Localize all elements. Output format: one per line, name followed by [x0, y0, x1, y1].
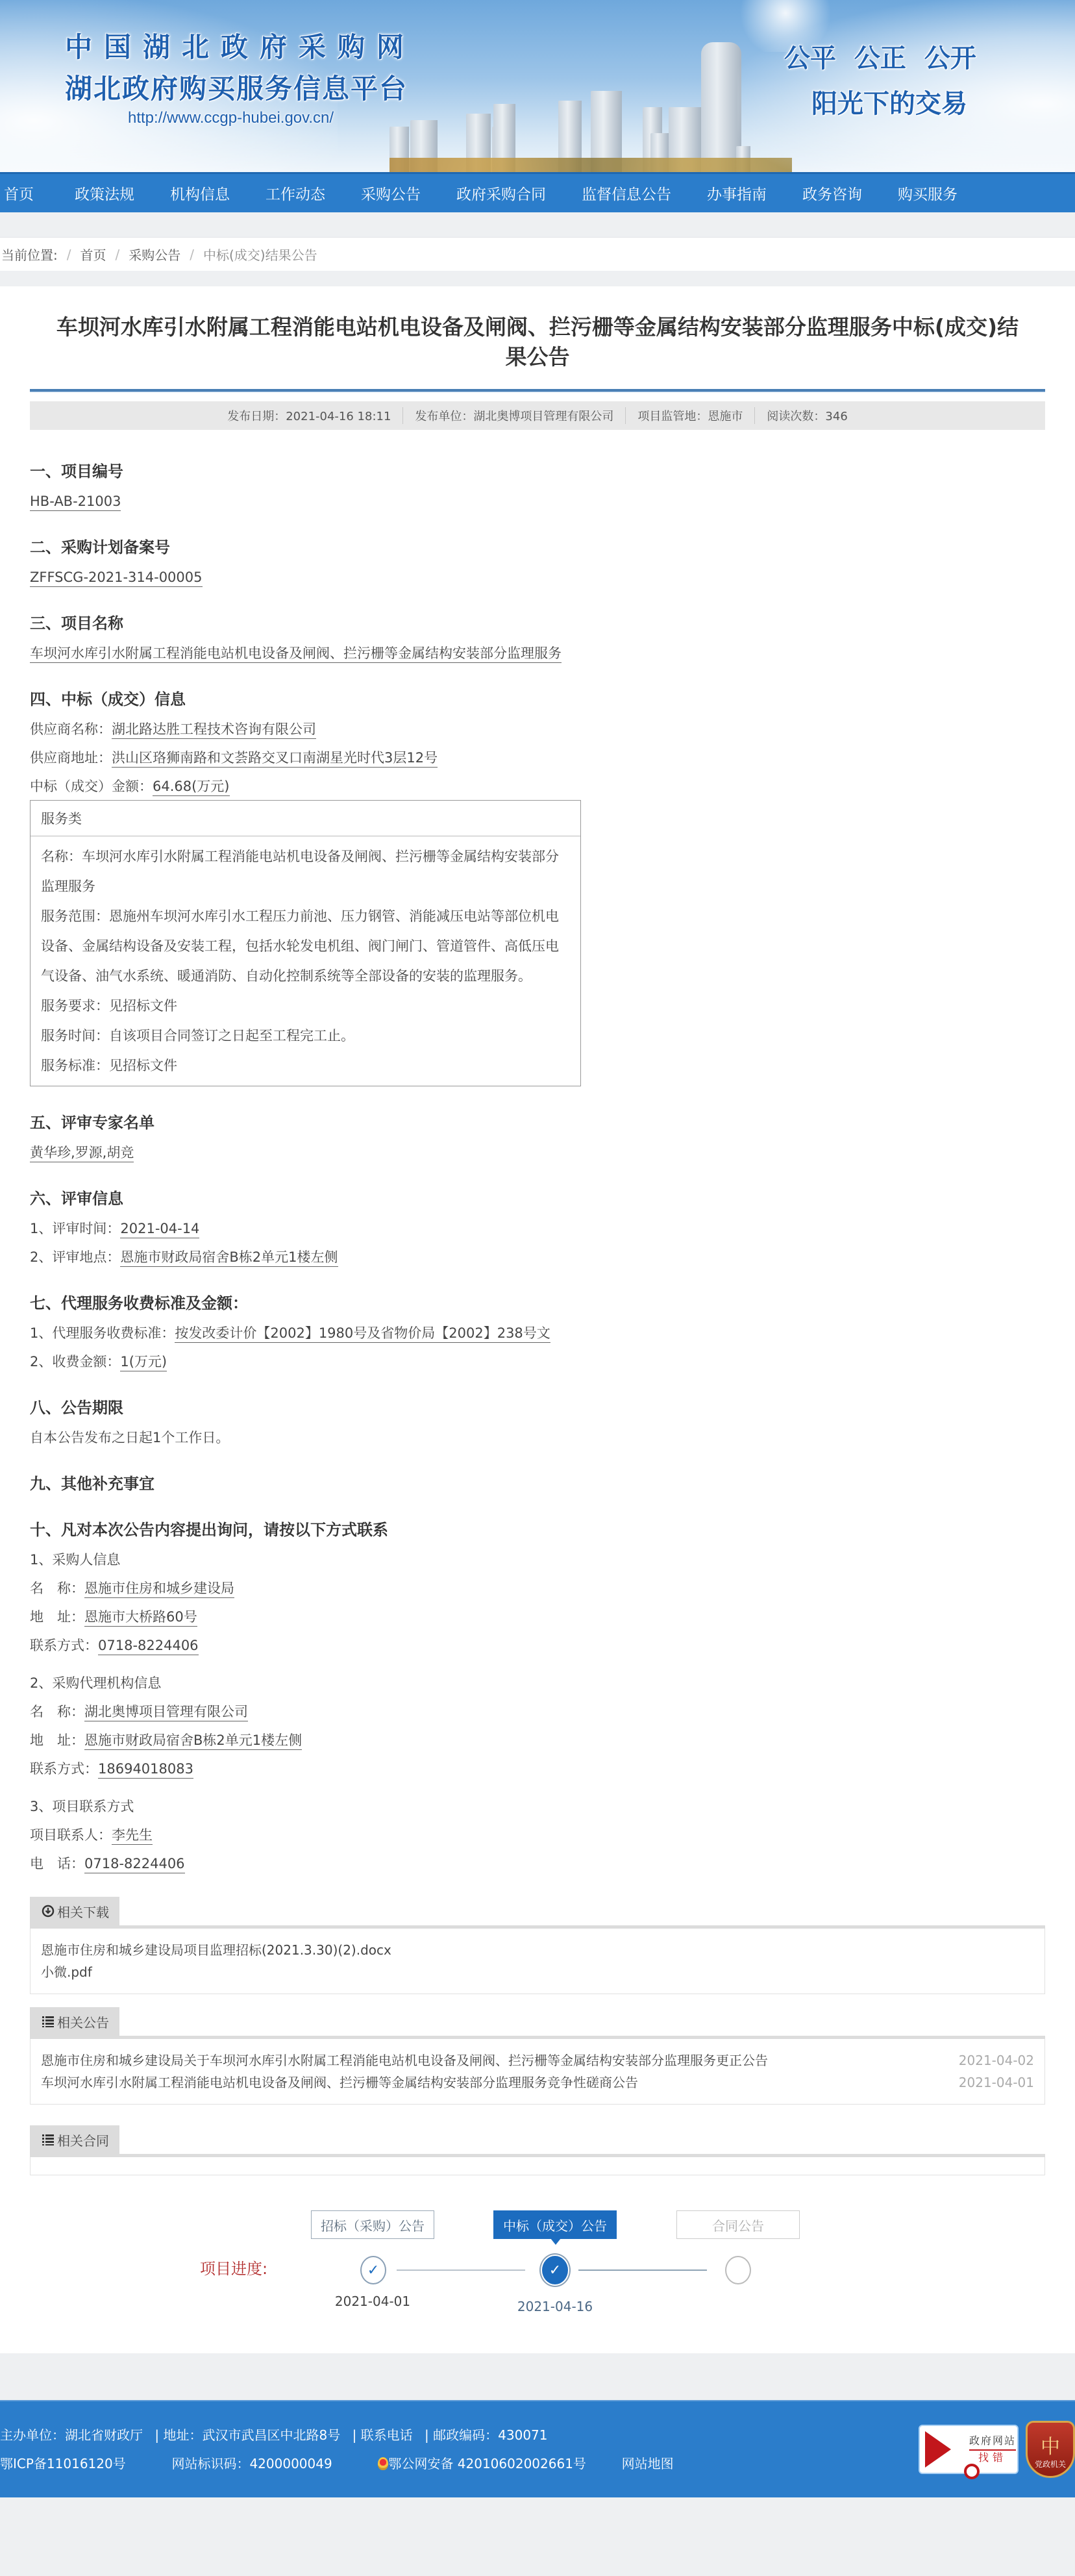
section-agency-fee: 七、代理服务收费标准及金额： 1、代理服务收费标准：按发改委计价【2002】19… — [30, 1290, 1045, 1371]
footer-police-record-link[interactable]: 鄂公网安备 42010602002661号 — [388, 2456, 586, 2471]
nav-item-contracts[interactable]: 政府采购合同 — [456, 182, 546, 204]
review-place: 恩施市财政局宿舍B栋2单元1楼左侧 — [120, 1249, 338, 1267]
section-experts: 五、评审专家名单 黄华珍,罗源,胡竞 — [30, 1110, 1045, 1162]
gov-site-error-report-button[interactable]: 政府网站 找错 — [919, 2425, 1019, 2474]
project-progress: 项目进度: 招标（采购）公告 中标（成交）公告 合同公告 ✓ ✓ 2021-04… — [30, 2204, 1045, 2327]
view-count: 阅读次数：346 — [767, 407, 847, 424]
agency-phone: 18694018083 — [98, 1761, 193, 1779]
footer-phone-link[interactable]: 联系电话 — [361, 2427, 413, 2443]
footer-postcode: 邮政编码：430071 — [433, 2427, 547, 2443]
service-details-box: 服务类 名称：车坝河水库引水附属工程消能电站机电设备及闸阀、拦污栅等金属结构安装… — [30, 800, 581, 1086]
slogan-line-1: 公平 公正 公开 — [784, 38, 976, 75]
platform-name: 湖北政府购买服务信息平台 — [65, 68, 408, 106]
nav-item-home[interactable]: 首页 — [4, 182, 34, 204]
download-circle-icon — [42, 1905, 55, 1918]
related-notices-tab[interactable]: 相关公告 — [30, 2007, 119, 2036]
footer-icp-link[interactable]: 鄂ICP备11016120号 — [0, 2456, 126, 2471]
project-contact: 李先生 — [112, 1827, 153, 1845]
site-footer: 主办单位：湖北省财政厅 | 地址：武汉市武昌区中北路8号 | 联系电话 | 邮政… — [0, 2400, 1075, 2497]
expert-list: 黄华珍,罗源,胡竞 — [30, 1145, 134, 1162]
nav-item-news[interactable]: 工作动态 — [266, 182, 325, 204]
related-notices-panel: 相关公告 恩施市住房和城乡建设局关于车坝河水库引水附属工程消能电站机电设备及闸阀… — [30, 2007, 1045, 2105]
service-scope: 服务范围：恩施州车坝河水库引水工程压力前池、压力钢管、消能减压电站等部位机电设备… — [41, 901, 570, 991]
magnifier-icon — [925, 2431, 951, 2468]
party-emblem-icon: 中 — [1041, 2436, 1060, 2458]
section-contacts: 十、凡对本次公告内容提出询问，请按以下方式联系 1、采购人信息 名 称：恩施市住… — [30, 1517, 1045, 1873]
section-project-name: 三、项目名称 车坝河水库引水附属工程消能电站机电设备及闸阀、拦污栅等金属结构安装… — [30, 610, 1045, 663]
step-contract-notice[interactable]: 合同公告 — [676, 2210, 800, 2239]
footer-address: 地址：武汉市武昌区中北路8号 — [163, 2427, 340, 2443]
breadcrumb-current[interactable]: 中标(成交)结果公告 — [203, 245, 317, 264]
section-project-number: 一、项目编号 HB-AB-21003 — [30, 458, 1045, 511]
service-category: 服务类 — [31, 801, 580, 836]
notice-period: 自本公告发布之日起1个工作日。 — [30, 1428, 1045, 1447]
pending-circle-icon — [725, 2256, 751, 2284]
section-notice-period: 八、公告期限 自本公告发布之日起1个工作日。 — [30, 1395, 1045, 1447]
progress-label: 项目进度: — [200, 2256, 267, 2279]
nav-item-guide[interactable]: 办事指南 — [707, 182, 767, 204]
fee-amount: 1(万元) — [120, 1354, 167, 1371]
project-phone: 0718-8224406 — [84, 1856, 185, 1873]
step-tender-notice[interactable]: 招标（采购）公告 — [311, 2210, 434, 2239]
step-date: 2021-04-16 — [503, 2299, 607, 2314]
service-requirement: 服务要求：见招标文件 — [41, 991, 570, 1021]
list-icon — [42, 2133, 55, 2146]
purchaser-address: 恩施市大桥路60号 — [84, 1609, 197, 1627]
purchaser-phone: 0718-8224406 — [98, 1638, 199, 1655]
nav-item-consult[interactable]: 政务咨询 — [802, 182, 862, 204]
related-notice-link[interactable]: 车坝河水库引水附属工程消能电站机电设备及闸阀、拦污栅等金属结构安装部分监理服务竞… — [41, 2071, 638, 2094]
step-award-notice[interactable]: 中标（成交）公告 — [493, 2210, 617, 2239]
section-review-info: 六、评审信息 1、评审时间：2021-04-14 2、评审地点：恩施市财政局宿舍… — [30, 1186, 1045, 1267]
police-badge-icon — [378, 2457, 388, 2470]
progress-connector — [397, 2270, 525, 2271]
title-divider — [30, 389, 1045, 392]
related-notice-row: 车坝河水库引水附属工程消能电站机电设备及闸阀、拦污栅等金属结构安装部分监理服务竞… — [41, 2071, 1034, 2094]
publisher: 发布单位：湖北奥博项目管理有限公司 — [415, 407, 613, 424]
check-icon: ✓ — [542, 2256, 568, 2284]
related-contracts-tab[interactable]: 相关合同 — [30, 2125, 119, 2154]
related-notice-date: 2021-04-02 — [959, 2049, 1034, 2071]
article-title: 车坝河水库引水附属工程消能电站机电设备及闸阀、拦污栅等金属结构安装部分监理服务中… — [30, 307, 1045, 372]
site-name: 中国湖北政府采购网 — [65, 26, 415, 65]
footer-site-code: 网站标识码：4200000049 — [171, 2456, 332, 2471]
service-standard: 服务标准：见招标文件 — [41, 1051, 570, 1081]
related-notice-link[interactable]: 恩施市住房和城乡建设局关于车坝河水库引水附属工程消能电站机电设备及闸阀、拦污栅等… — [41, 2049, 768, 2071]
party-government-badge[interactable]: 中 党政机关 — [1026, 2421, 1075, 2478]
slogan-line-2: 阳光下的交易 — [811, 83, 967, 120]
footer-sponsor: 主办单位：湖北省财政厅 — [0, 2427, 143, 2443]
service-time: 服务时间：自该项目合同签订之日起至工程完工止。 — [41, 1021, 570, 1051]
service-name: 名称：车坝河水库引水附属工程消能电站机电设备及闸阀、拦污栅等金属结构安装部分监理… — [41, 842, 570, 901]
breadcrumb-home[interactable]: 首页 — [80, 245, 106, 264]
step-date: 2021-04-01 — [321, 2294, 425, 2309]
supplier-address: 洪山区珞狮南路和文荟路交叉口南湖星光时代3层12号 — [112, 750, 438, 768]
supervision-region: 项目监管地：恩施市 — [637, 407, 743, 424]
review-date: 2021-04-14 — [120, 1221, 199, 1238]
related-contracts-panel: 相关合同 — [30, 2125, 1045, 2175]
plan-number: ZFFSCG-2021-314-00005 — [30, 569, 203, 587]
agency-name: 湖北奥博项目管理有限公司 — [84, 1704, 248, 1721]
footer-sitemap-link[interactable]: 网站地图 — [622, 2456, 674, 2471]
article-body: 一、项目编号 HB-AB-21003 二、采购计划备案号 ZFFSCG-2021… — [30, 430, 1045, 1873]
purchaser-name: 恩施市住房和城乡建设局 — [84, 1581, 234, 1598]
download-file-link[interactable]: 恩施市住房和城乡建设局项目监理招标(2021.3.30)(2).docx — [41, 1942, 391, 1958]
nav-item-agencies[interactable]: 机构信息 — [170, 182, 230, 204]
breadcrumb-procurement[interactable]: 采购公告 — [129, 245, 180, 264]
breadcrumb-label: 当前位置: — [1, 245, 58, 264]
project-number: HB-AB-21003 — [30, 494, 121, 511]
section-plan-number: 二、采购计划备案号 ZFFSCG-2021-314-00005 — [30, 534, 1045, 587]
related-notice-row: 恩施市住房和城乡建设局关于车坝河水库引水附属工程消能电站机电设备及闸阀、拦污栅等… — [41, 2049, 1034, 2071]
downloads-panel: 相关下载 恩施市住房和城乡建设局项目监理招标(2021.3.30)(2).doc… — [30, 1897, 1045, 1994]
project-name: 车坝河水库引水附属工程消能电站机电设备及闸阀、拦污栅等金属结构安装部分监理服务 — [30, 645, 562, 663]
article-card: 车坝河水库引水附属工程消能电站机电设备及闸阀、拦污栅等金属结构安装部分监理服务中… — [0, 286, 1075, 2353]
related-notice-date: 2021-04-01 — [959, 2071, 1034, 2094]
list-icon — [42, 2015, 55, 2028]
progress-connector — [578, 2270, 707, 2271]
section-other-matters: 九、其他补充事宜 — [30, 1471, 1045, 1494]
breadcrumb: 当前位置: / 首页 / 采购公告 / 中标(成交)结果公告 — [0, 237, 1075, 271]
article-meta-bar: 发布日期：2021-04-16 18:11 发布单位：湖北奥博项目管理有限公司 … — [30, 401, 1045, 430]
downloads-tab[interactable]: 相关下载 — [30, 1897, 119, 1925]
agency-address: 恩施市财政局宿舍B栋2单元1楼左侧 — [84, 1732, 302, 1750]
download-file-link[interactable]: 小微.pdf — [41, 1964, 92, 1980]
nav-item-purchase-service[interactable]: 购买服务 — [898, 182, 958, 204]
check-icon: ✓ — [360, 2256, 386, 2284]
section-award-info: 四、中标（成交）信息 供应商名称：湖北路达胜工程技术咨询有限公司 供应商地址：洪… — [30, 686, 1045, 1086]
supplier-name: 湖北路达胜工程技术咨询有限公司 — [112, 721, 316, 739]
nav-item-procurement-notices[interactable]: 采购公告 — [361, 182, 421, 204]
publish-date: 发布日期：2021-04-16 18:11 — [227, 407, 391, 424]
nav-item-policy[interactable]: 政策法规 — [75, 182, 134, 204]
main-nav: 首页 政策法规 机构信息 工作动态 采购公告 政府采购合同 监督信息公告 办事指… — [0, 172, 1075, 212]
site-url: http://www.ccgp-hubei.gov.cn/ — [128, 109, 334, 127]
award-amount: 64.68(万元) — [153, 779, 230, 796]
header-banner: 中国湖北政府采购网 湖北政府购买服务信息平台 http://www.ccgp-h… — [0, 0, 1075, 172]
nav-item-supervision[interactable]: 监督信息公告 — [582, 182, 671, 204]
fee-standard: 按发改委计价【2002】1980号及省物价局【2002】238号文 — [175, 1325, 550, 1343]
